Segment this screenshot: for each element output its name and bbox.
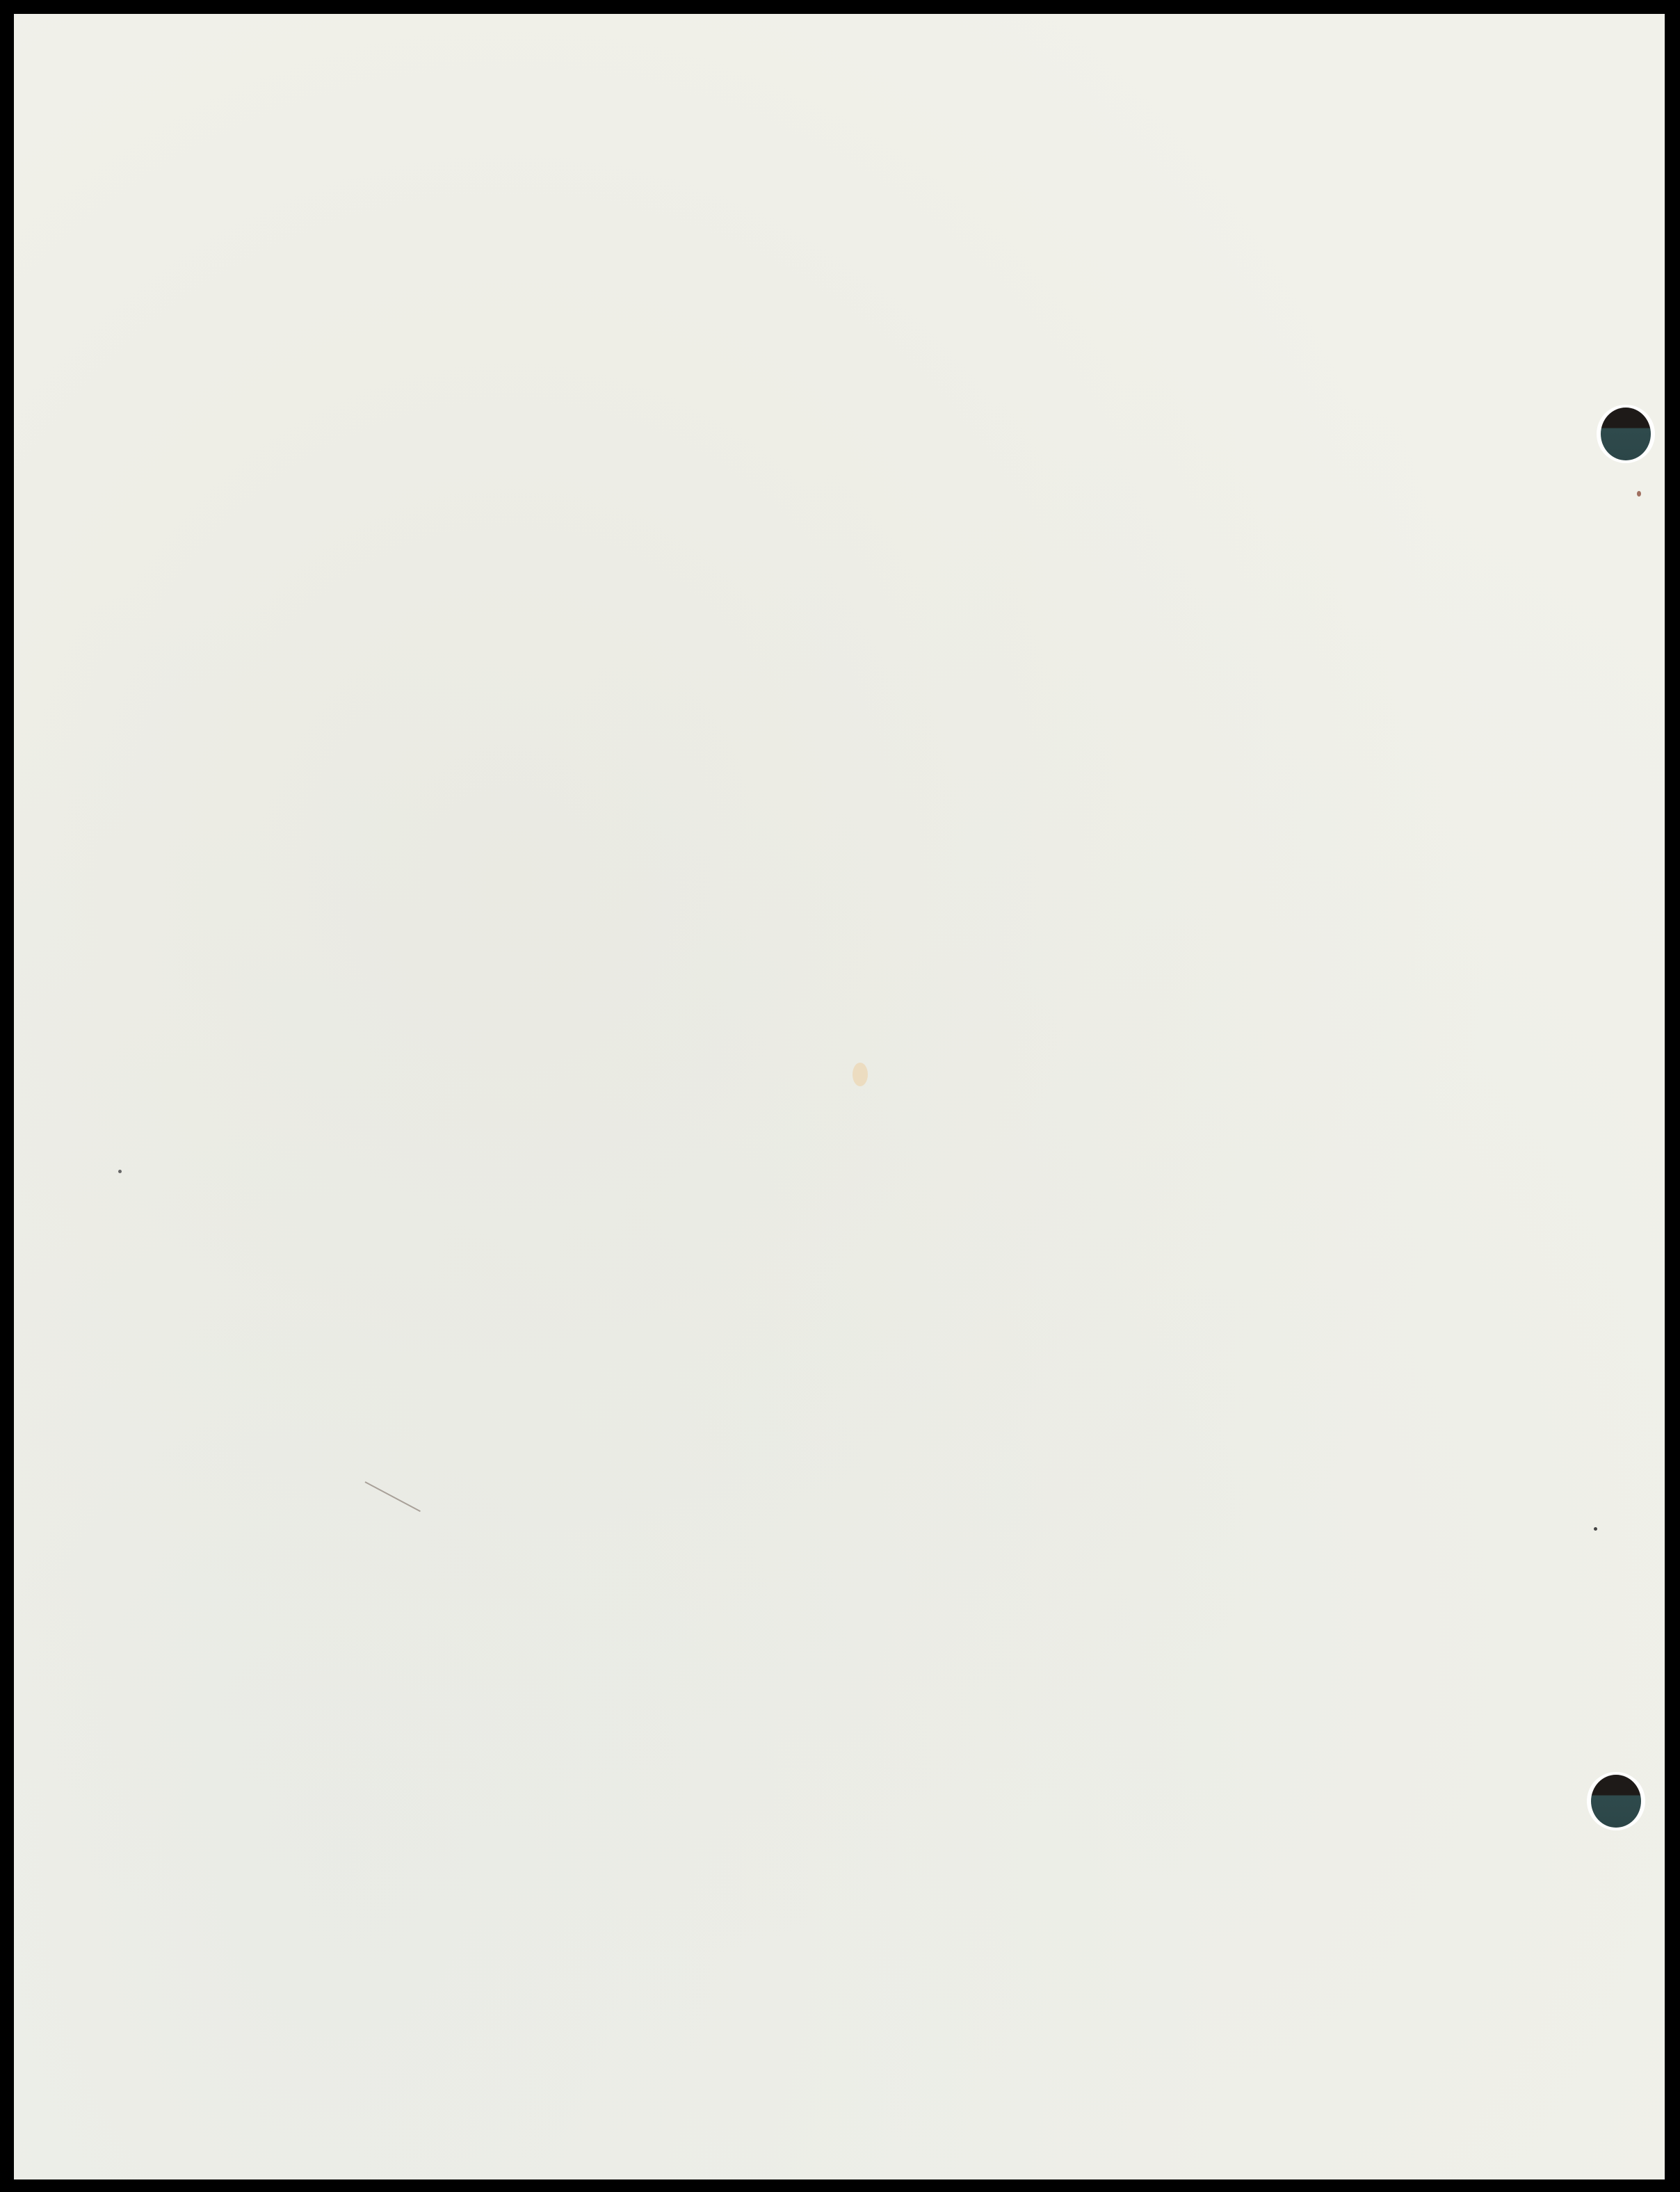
blank-paper-page <box>14 14 1665 2179</box>
paper-speck <box>853 1063 868 1086</box>
paper-speck <box>1594 1527 1597 1531</box>
punch-hole-top <box>1597 405 1655 463</box>
paper-speck <box>118 1170 122 1173</box>
paper-fiber <box>365 1481 421 1512</box>
paper-speck <box>1637 491 1641 497</box>
punch-hole-bottom <box>1587 1772 1645 1830</box>
